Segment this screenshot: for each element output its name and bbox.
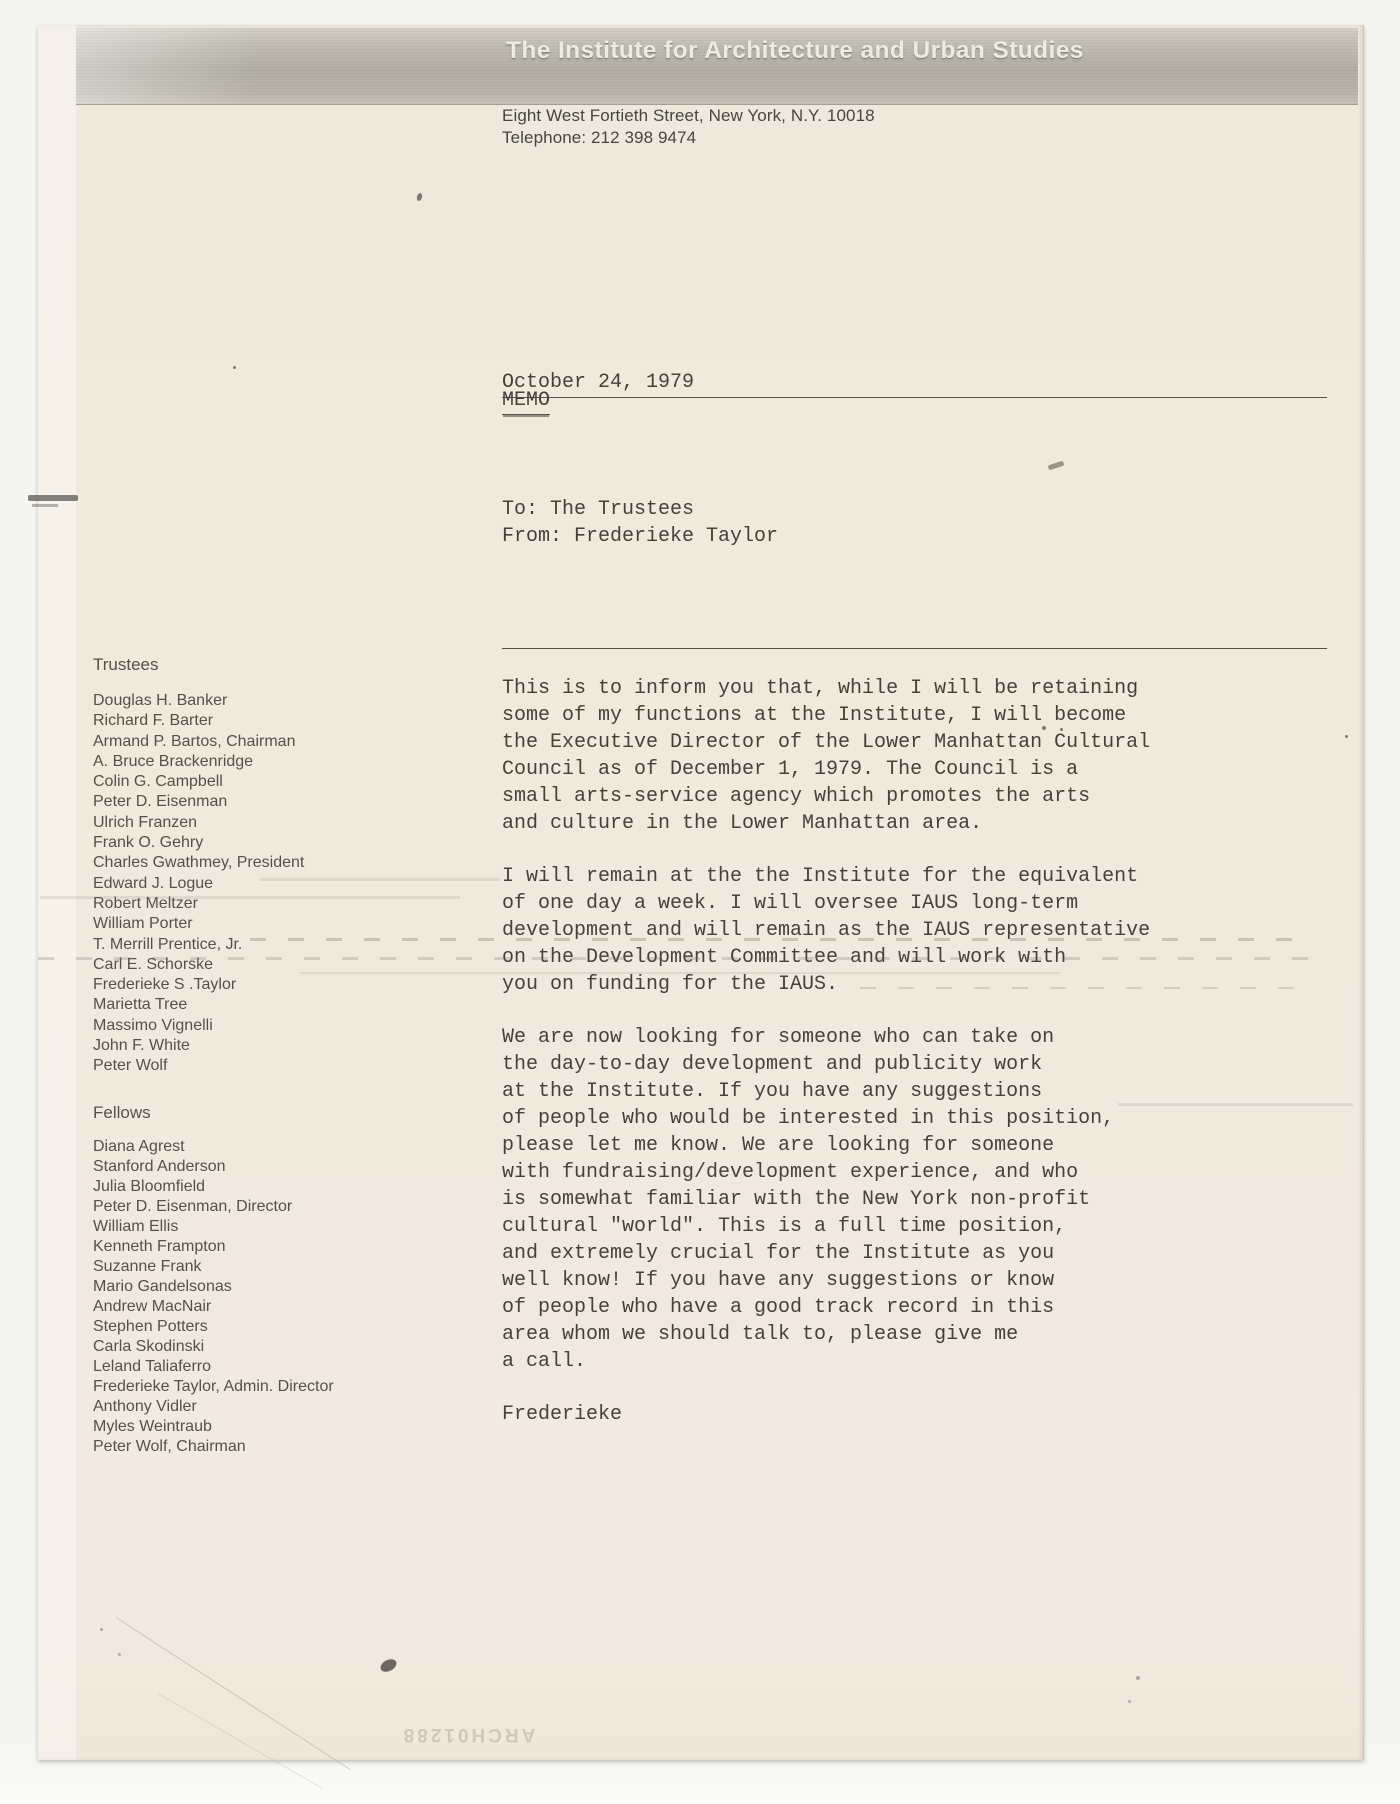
address-line: Eight West Fortieth Street, New York, N.… [502, 105, 875, 127]
memo-to: To: The Trustees [502, 498, 694, 521]
scanned-document: The Institute for Architecture and Urban… [0, 0, 1400, 1804]
memo-signature: Frederieke [502, 1401, 1262, 1428]
fellows-list: Diana AgrestStanford AndersonJulia Bloom… [93, 1137, 493, 1457]
ink-speck [1060, 728, 1063, 731]
list-item: Myles Weintraub [93, 1417, 493, 1437]
list-item: Colin G. Campbell [93, 772, 493, 792]
memo-recipients: To: The Trustees From: Frederieke Taylor [502, 496, 778, 550]
telephone-line: Telephone: 212 398 9474 [502, 127, 875, 149]
memo-from: From: Frederieke Taylor [502, 525, 778, 548]
ink-speck [1042, 726, 1046, 730]
trustees-list: Douglas H. BankerRichard F. BarterArmand… [93, 691, 493, 1077]
letterhead-address-block: Eight West Fortieth Street, New York, N.… [502, 105, 875, 148]
list-item: Stanford Anderson [93, 1157, 493, 1177]
scan-streak [300, 972, 1060, 974]
memo-label: MEMO [502, 389, 550, 415]
list-item: John F. White [93, 1036, 493, 1056]
list-item: Douglas H. Banker [93, 691, 493, 711]
scan-streak [250, 938, 1310, 941]
paper-crease [158, 1693, 323, 1789]
scan-streak [1118, 1103, 1353, 1106]
list-item: Leland Taliaferro [93, 1357, 493, 1377]
letterhead-band: The Institute for Architecture and Urban… [76, 28, 1358, 105]
ink-speck [100, 1628, 103, 1631]
scan-streak [32, 504, 58, 507]
list-item: Mario Gandelsonas [93, 1277, 493, 1297]
list-item: Peter D. Eisenman, Director [93, 1197, 493, 1217]
memo-paragraph-1: This is to inform you that, while I will… [502, 675, 1262, 837]
ink-speck [1128, 1700, 1131, 1703]
list-item: Ulrich Franzen [93, 813, 493, 833]
ink-speck [233, 366, 236, 369]
ink-speck [1345, 735, 1348, 738]
paper-left-edge [38, 25, 76, 1760]
list-item: Kenneth Frampton [93, 1237, 493, 1257]
memo-paragraph-2: I will remain at the the Institute for t… [502, 863, 1262, 998]
list-item: Diana Agrest [93, 1137, 493, 1157]
divider-rule [502, 648, 1327, 649]
scan-streak [38, 957, 1328, 960]
list-item: Peter Wolf [93, 1056, 493, 1076]
list-item: Peter Wolf, Chairman [93, 1437, 493, 1457]
list-item: Peter D. Eisenman [93, 792, 493, 812]
list-item: Carla Skodinski [93, 1337, 493, 1357]
list-item: William Ellis [93, 1217, 493, 1237]
list-item: Edward J. Logue [93, 874, 493, 894]
fellows-heading: Fellows [93, 1103, 493, 1123]
list-item: Frederieke Taylor, Admin. Director [93, 1377, 493, 1397]
letterhead-org-name: The Institute for Architecture and Urban… [506, 37, 1084, 65]
memo-paragraph-3: We are now looking for someone who can t… [502, 1024, 1262, 1375]
list-item: William Porter [93, 914, 493, 934]
letterhead-sidebar: Trustees Douglas H. BankerRichard F. Bar… [93, 655, 493, 1457]
list-item: Julia Bloomfield [93, 1177, 493, 1197]
scan-streak [860, 987, 1300, 989]
memo-page: The Institute for Architecture and Urban… [38, 25, 1364, 1760]
list-item: Armand P. Bartos, Chairman [93, 732, 493, 752]
paper-crease [116, 1617, 351, 1770]
list-item: Andrew MacNair [93, 1297, 493, 1317]
scan-streak [260, 878, 500, 881]
list-item: Frank O. Gehry [93, 833, 493, 853]
list-item: Suzanne Frank [93, 1257, 493, 1277]
list-item: A. Bruce Brackenridge [93, 752, 493, 772]
list-item: Anthony Vidler [93, 1397, 493, 1417]
trustees-heading: Trustees [93, 655, 493, 675]
scan-streak [28, 495, 78, 501]
list-item: Massimo Vignelli [93, 1016, 493, 1036]
list-item: Marietta Tree [93, 995, 493, 1015]
list-item: Richard F. Barter [93, 711, 493, 731]
date-line-rule: October 24, 1979 [502, 371, 1327, 398]
list-item: Frederieke S .Taylor [93, 975, 493, 995]
ink-speck [118, 1653, 121, 1656]
mirrored-archive-stamp: ARCH01288 [338, 1723, 598, 1745]
list-item: Charles Gwathmey, President [93, 853, 493, 873]
ink-speck [1136, 1676, 1140, 1680]
scan-streak [40, 896, 460, 899]
list-item: Stephen Potters [93, 1317, 493, 1337]
memo-body: This is to inform you that, while I will… [502, 675, 1262, 1454]
